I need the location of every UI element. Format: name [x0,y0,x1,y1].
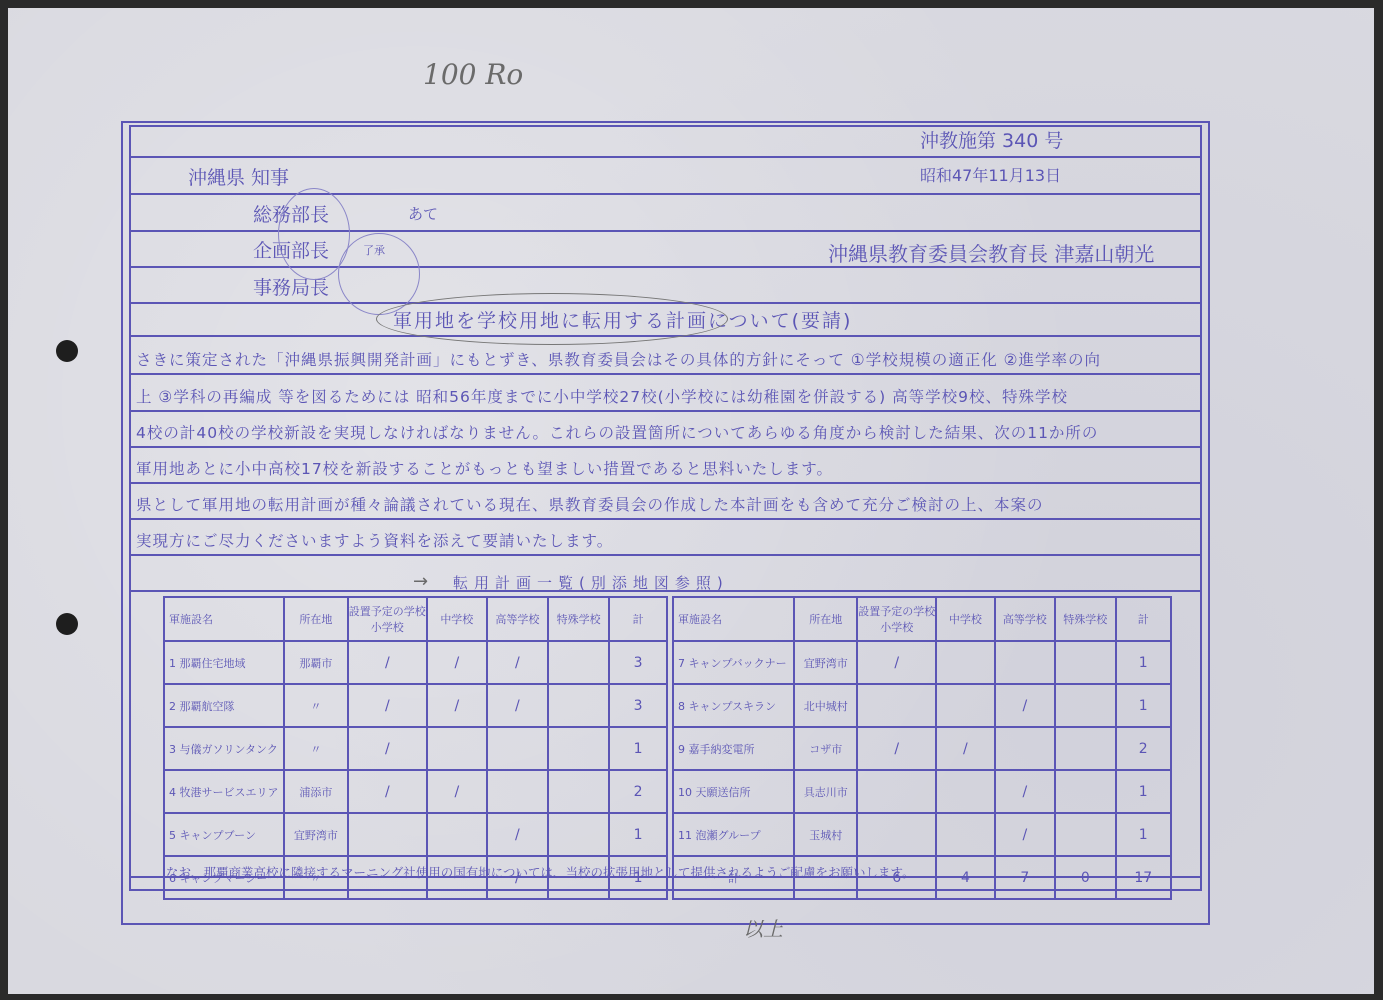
table-row: 10 天願送信所 具志川市 / 1 [673,770,1171,813]
ruled-line [129,193,1200,195]
seal-stamp [338,233,420,315]
table-row: 3 与儀ガソリンタンク 〃 / 1 [164,727,667,770]
footnote: なお、那覇商業高校に隣接するマーニング社使用の国有地については、当校の拡張用地と… [166,863,915,881]
table-header-row: 軍施設名 所在地 設置予定の学校小学校 中学校 高等学校 特殊学校 計 [673,597,1171,641]
table-row: 8 キャンプスキラン 北中城村 / 1 [673,684,1171,727]
table-row: 11 泡瀬グループ 玉城村 / 1 [673,813,1171,856]
table-row: 2 那覇航空隊 〃 / / / 3 [164,684,667,727]
ruled-line [129,446,1200,448]
document-date: 昭和47年11月13日 [920,163,1061,186]
col-facility: 軍施設名 [164,597,284,641]
table-row: 4 牧港サービスエリア 浦添市 / / 2 [164,770,667,813]
body-line-2: 上 ③学科の再編成 等を図るためには 昭和56年度までに小中学校27校(小学校に… [136,385,1068,407]
pencil-annotation-top: 100 Ro [423,58,523,91]
body-line-6: 実現方にご尽力くださいますよう資料を添えて要請いたします。 [136,529,613,551]
col-total: 計 [609,597,667,641]
conversion-table-left: 軍施設名 所在地 設置予定の学校小学校 中学校 高等学校 特殊学校 計 1 那覇… [163,596,668,900]
addressee-governor: 沖縄県 知事 [188,163,289,190]
document-number: 沖教施第 340 号 [920,126,1063,153]
col-elementary: 小学校 [858,619,935,635]
document-page: 100 Ro 沖教施第 340 号 昭和47年11月13日 沖縄県 知事 総務部… [8,8,1374,994]
table-row: 9 嘉手納変電所 コザ市 / / 2 [673,727,1171,770]
col-group: 設置予定の学校 [349,603,426,619]
ruled-line [129,554,1200,556]
col-elementary: 小学校 [349,619,426,635]
sender: 沖縄県教育委員会教育長 津嘉山朝光 [828,238,1154,267]
punch-hole-bottom [56,613,78,635]
body-line-4: 軍用地あとに小中高校17校を新設することがもっとも望ましい措置であると思料いたし… [136,457,833,479]
col-total: 計 [1116,597,1172,641]
conversion-table-right: 軍施設名 所在地 設置予定の学校小学校 中学校 高等学校 特殊学校 計 7 キャ… [672,596,1172,900]
table-row: 7 キャンプバックナー 宜野湾市 / 1 [673,641,1171,684]
ruled-line [129,373,1200,375]
col-high: 高等学校 [995,597,1055,641]
col-junior-high: 中学校 [936,597,994,641]
body-line-3: 4校の計40校の学校新設を実現しなければなりません。これらの設置箇所についてあら… [136,421,1098,443]
table-row: 1 那覇住宅地域 那覇市 / / / 3 [164,641,667,684]
pencil-circle [376,293,728,345]
col-high: 高等学校 [487,597,548,641]
pencil-annotation-bottom: 以上 [743,913,783,942]
body-line-1: さきに策定された「沖縄県振興開発計画」にもとずき、県教育委員会はその具体的方針に… [136,348,1101,370]
addressee-suffix: あて [408,203,438,224]
col-group: 設置予定の学校 [858,603,935,619]
ruled-line [129,518,1200,520]
col-junior-high: 中学校 [427,597,487,641]
col-facility: 軍施設名 [673,597,794,641]
table-row: 5 キャンプブーン 宜野湾市 / 1 [164,813,667,856]
arrow-icon: → [413,571,428,592]
col-location: 所在地 [794,597,857,641]
body-line-5: 県として軍用地の転用計画が種々論議されている現在、県教育委員会の作成した本計画を… [136,493,1044,515]
table-header-row: 軍施設名 所在地 設置予定の学校小学校 中学校 高等学校 特殊学校 計 [164,597,667,641]
col-location: 所在地 [284,597,348,641]
col-special: 特殊学校 [1055,597,1115,641]
punch-hole-top [56,340,78,362]
ruled-line [129,156,1200,158]
ruled-line [129,410,1200,412]
table-caption: 転用計画一覧(別添地図参照) [453,572,729,593]
col-special: 特殊学校 [548,597,609,641]
ruled-line [129,482,1200,484]
